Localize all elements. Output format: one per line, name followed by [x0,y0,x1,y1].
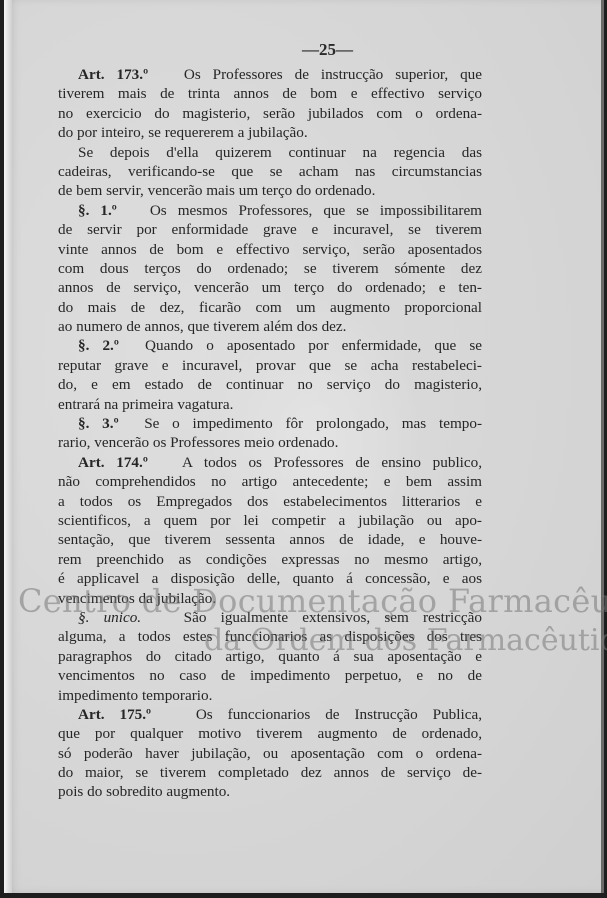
paragraph-label: §. 2.º [78,337,119,354]
paragraph-label: §. 3.º [78,415,119,432]
paragraph-label: §. unico. [78,609,141,626]
paragraph-2: §. 2.º Quando o aposentado por enfermida… [58,336,482,414]
scanned-page: —25— Art. 173.º Os Professores de instru… [4,0,604,893]
paragraph-label: §. 1.º [78,202,117,219]
article-173: Art. 173.º Os Professores de instrucção … [58,65,482,143]
article-label: Art. 174.º [78,454,148,471]
page-number: —25— [302,40,353,59]
article-173-continuation: Se depois d'ella quizerem continuar na r… [58,143,482,201]
paragraph-3: §. 3.º Se o impedimento fôr prolongado, … [58,414,482,453]
article-label: Art. 173.º [78,66,148,83]
paragraph-1: §. 1.º Os mesmos Professores, que se imp… [58,201,482,337]
paragraph-unico: §. unico. São igualmente extensivos, sem… [58,608,482,705]
page-edge [4,0,12,893]
page-header: —25— [4,40,601,60]
body-text: Art. 173.º Os Professores de instrucção … [58,65,482,802]
article-174: Art. 174.º A todos os Professores de ens… [58,453,482,608]
article-label: Art. 175.º [78,706,151,723]
article-175: Art. 175.º Os funccionarios de Instrucçã… [58,705,482,802]
